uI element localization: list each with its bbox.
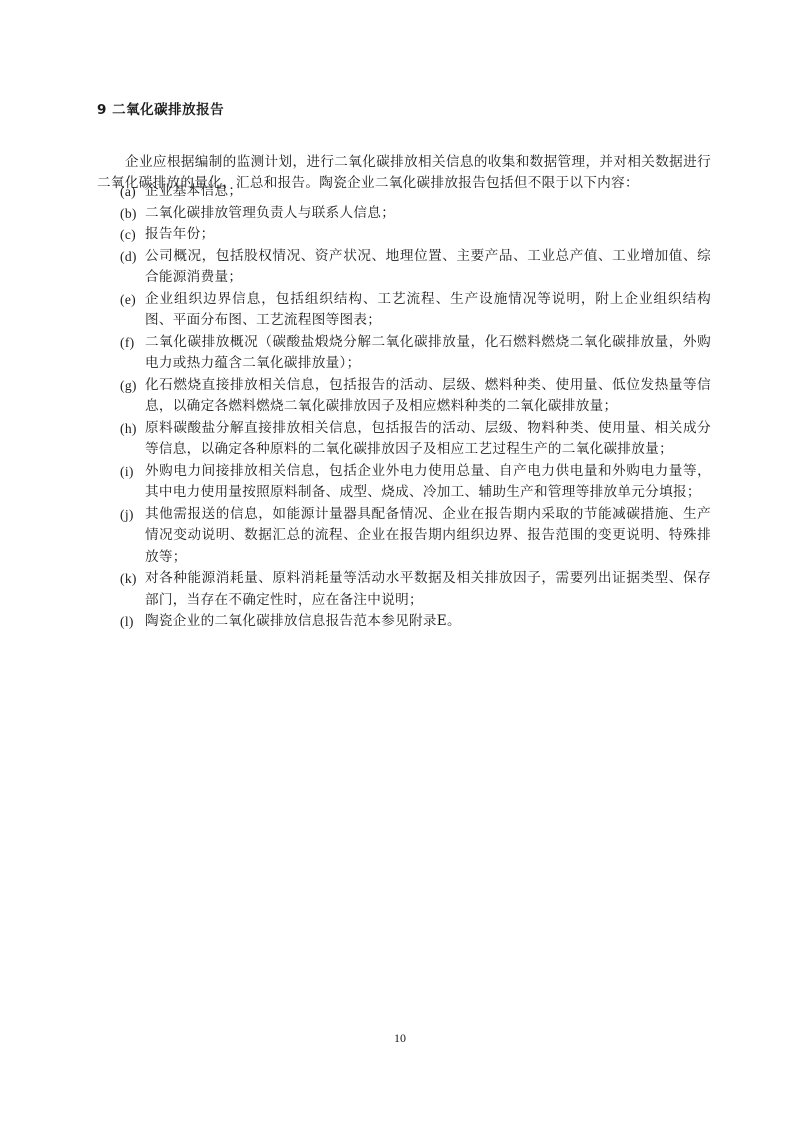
item-marker: (d) — [120, 246, 137, 268]
item-text: 原料碳酸盐分解直接排放相关信息，包括报告的活动、层级、物料种类、使用量、相关成分… — [145, 420, 711, 458]
item-marker: (g) — [120, 375, 137, 397]
list-item: (f)二氧化碳排放概况（碳酸盐煅烧分解二氧化碳排放量，化石燃料燃烧二氧化碳排放量… — [120, 332, 711, 375]
document-page: 9 二氧化碳排放报告 企业应根据编制的监测计划，进行二氧化碳排放相关信息的收集和… — [0, 0, 800, 1131]
item-text: 二氧化碳排放管理负责人与联系人信息； — [145, 205, 395, 221]
list-item: (g)化石燃烧直接排放相关信息，包括报告的活动、层级、燃料种类、使用量、低位发热… — [120, 375, 711, 418]
item-marker: (l) — [120, 611, 134, 633]
item-text: 其他需报送的信息，如能源计量器具配备情况、企业在报告期内采取的节能减碳措施、生产… — [145, 506, 711, 565]
item-text: 二氧化碳排放概况（碳酸盐煅烧分解二氧化碳排放量，化石燃料燃烧二氧化碳排放量，外购… — [145, 334, 711, 372]
list-item: (d)公司概况，包括股权情况、资产状况、地理位置、主要产品、工业总产值、工业增加… — [120, 246, 711, 289]
item-text: 报告年份； — [145, 226, 214, 242]
list-item: (c)报告年份； — [120, 224, 711, 246]
item-marker: (j) — [120, 504, 134, 526]
list-item: (i)外购电力间接排放相关信息，包括企业外电力使用总量、自产电力供电量和外购电力… — [120, 461, 711, 504]
section-heading: 9 二氧化碳排放报告 — [97, 98, 224, 118]
item-text: 公司概况，包括股权情况、资产状况、地理位置、主要产品、工业总产值、工业增加值、综… — [145, 248, 711, 286]
list-item: (b)二氧化碳排放管理负责人与联系人信息； — [120, 203, 711, 225]
item-text: 陶瓷企业的二氧化碳排放信息报告范本参见附录E。 — [145, 613, 461, 629]
item-text: 对各种能源消耗量、原料消耗量等活动水平数据及相关排放因子，需要列出证据类型、保存… — [145, 570, 711, 608]
item-marker: (a) — [120, 181, 136, 203]
item-marker: (i) — [120, 461, 134, 483]
section-number: 9 — [97, 102, 107, 118]
item-text: 企业组织边界信息，包括组织结构、工艺流程、生产设施情况等说明，附上企业组织结构图… — [145, 291, 711, 329]
list-item: (k)对各种能源消耗量、原料消耗量等活动水平数据及相关排放因子，需要列出证据类型… — [120, 568, 711, 611]
list-item: (a)企业基本信息； — [120, 181, 711, 203]
item-text: 企业基本信息； — [145, 183, 242, 199]
item-text: 外购电力间接排放相关信息，包括企业外电力使用总量、自产电力供电量和外购电力量等，… — [145, 463, 711, 501]
item-marker: (c) — [120, 224, 136, 246]
list-item: (e)企业组织边界信息，包括组织结构、工艺流程、生产设施情况等说明，附上企业组织… — [120, 289, 711, 332]
item-marker: (h) — [120, 418, 137, 440]
list-item: (j)其他需报送的信息，如能源计量器具配备情况、企业在报告期内采取的节能减碳措施… — [120, 504, 711, 569]
page-number: 10 — [0, 1031, 800, 1046]
section-title: 二氧化碳排放报告 — [112, 102, 224, 118]
item-marker: (e) — [120, 289, 136, 311]
list-item: (l)陶瓷企业的二氧化碳排放信息报告范本参见附录E。 — [120, 611, 711, 633]
item-marker: (b) — [120, 203, 137, 225]
item-text: 化石燃烧直接排放相关信息，包括报告的活动、层级、燃料种类、使用量、低位发热量等信… — [145, 377, 711, 415]
item-marker: (k) — [120, 568, 137, 590]
report-contents-list: (a)企业基本信息； (b)二氧化碳排放管理负责人与联系人信息； (c)报告年份… — [120, 181, 711, 633]
item-marker: (f) — [120, 332, 134, 354]
list-item: (h)原料碳酸盐分解直接排放相关信息，包括报告的活动、层级、物料种类、使用量、相… — [120, 418, 711, 461]
